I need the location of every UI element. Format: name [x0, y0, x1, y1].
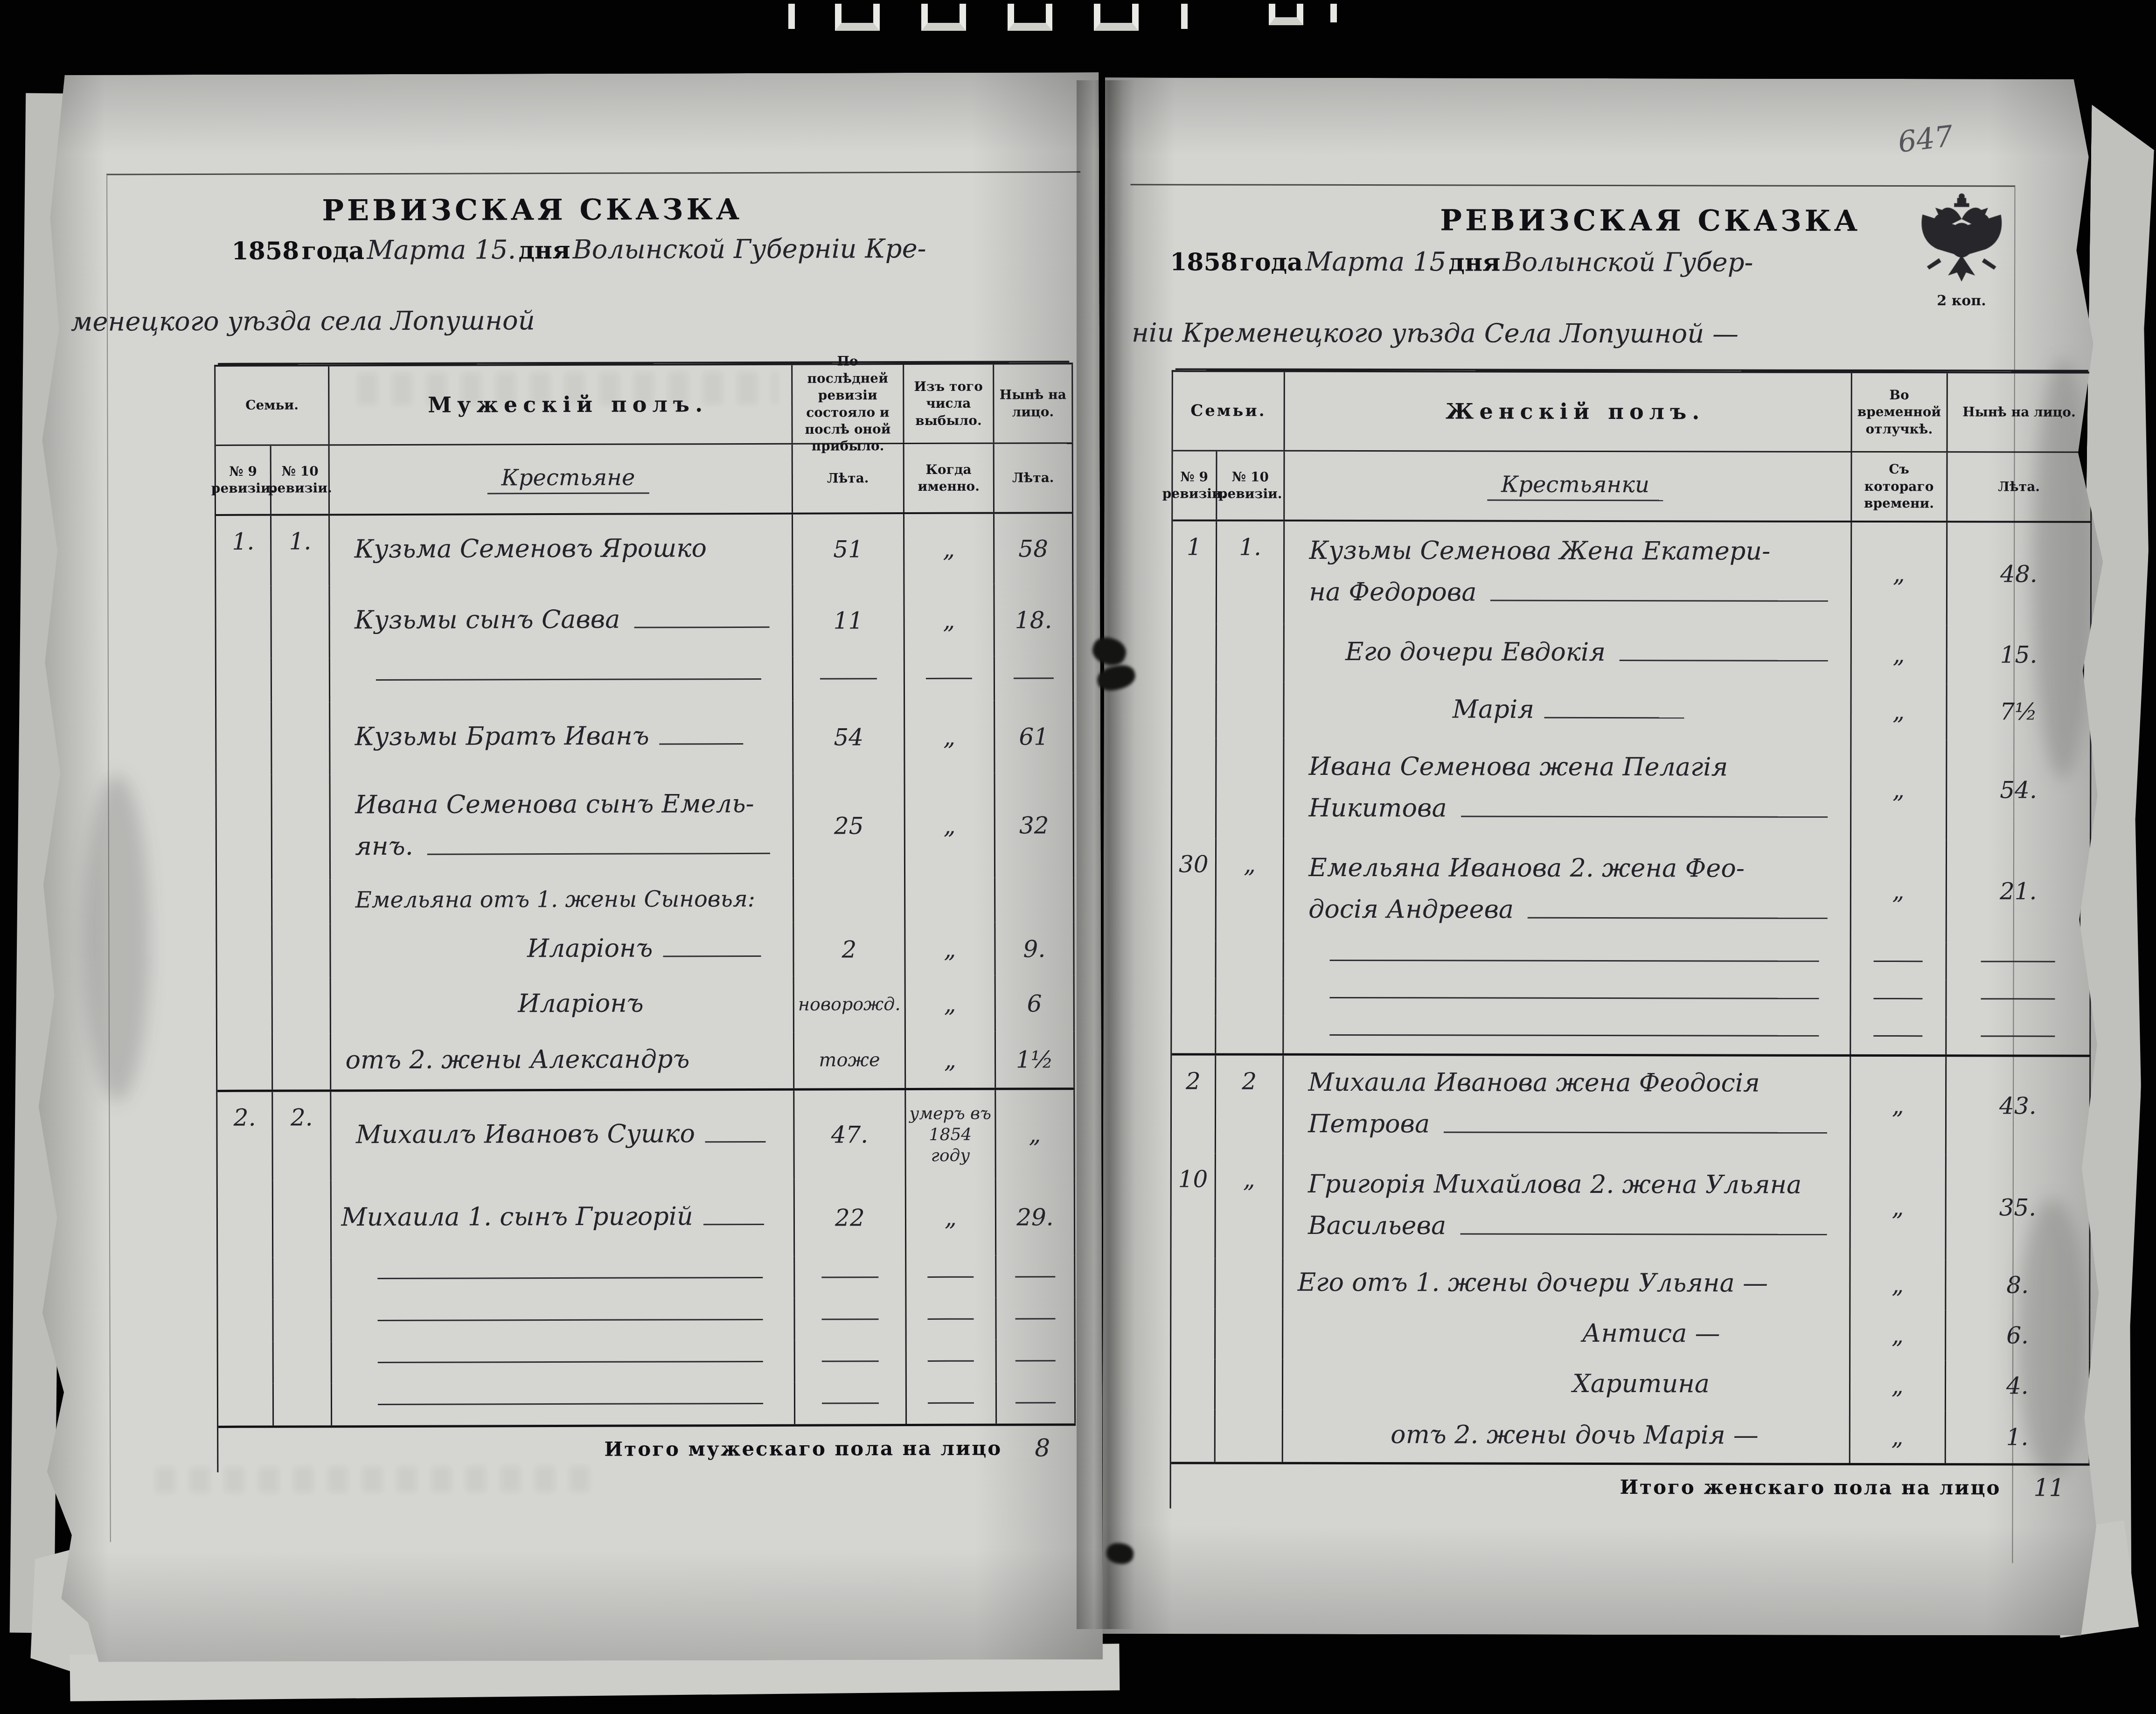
age-value: 32 [1019, 812, 1049, 839]
cell-when-departed [907, 1382, 997, 1424]
age-value: 22 [835, 1204, 865, 1231]
dash-mark [1874, 961, 1923, 962]
cell-absence [1851, 1017, 1947, 1054]
page-title: РЕВИЗСКАЯ СКАЗКА [66, 192, 999, 228]
table-row: Ивана Семенова сынъ Емель- янъ. 25 „ 32 [216, 773, 1074, 880]
cell-absence: „ [1852, 523, 1947, 625]
cell-rev10: „ [1216, 1154, 1284, 1259]
cell-rev10 [272, 585, 330, 658]
person-name: отъ 2. жены Александръ [345, 1044, 689, 1078]
cell-rev9 [1171, 1409, 1216, 1462]
year-printed: 1858 [231, 237, 299, 265]
person-name: Григорія Михайлова 2. жена Ульяна [1308, 1169, 1840, 1199]
age-value: 6. [2006, 1322, 2029, 1349]
cell-years-prev [795, 1298, 906, 1340]
subheader-row: № 9 ревизіи. № 10 ревизіи. Крестьянки Съ… [1173, 451, 2092, 523]
place-line: ніи Кременецкого уѣзда Села Лопушной — [1132, 318, 1739, 349]
fill-line [1544, 717, 1684, 718]
header-female-sex: Женскій полъ. [1285, 372, 1852, 451]
subheader-years: Лѣта. [793, 444, 904, 513]
person-name: Харитина [1572, 1368, 1710, 1402]
ditto-mark: „ [1892, 1271, 1904, 1298]
rev9-number: 2 [1186, 1067, 1201, 1094]
cell-years-now [996, 1297, 1075, 1339]
handwritten-date: Марта 15. [367, 235, 516, 265]
person-name: Кузьма Семеновъ Ярошко [355, 533, 707, 567]
cell-name [330, 657, 793, 703]
fill-line [1490, 600, 1828, 602]
cell-absence: „ [1850, 1310, 1946, 1360]
table-row: Его отъ 1. жены дочери Ульяна — „ 8. [1171, 1258, 2090, 1310]
person-name: Иларіонъ [518, 988, 644, 1022]
subheader-rev9: № 9 ревизіи. [216, 446, 272, 514]
handwritten-date: Марта 15 [1305, 247, 1446, 278]
cell-rev9 [216, 775, 272, 880]
blank-line [378, 1318, 763, 1321]
film-perforation [1330, 4, 1337, 22]
person-name: Михаилъ Ивановъ Сушко [356, 1119, 695, 1153]
dash-mark [821, 1276, 879, 1278]
cell-years-prev: 54 [793, 701, 905, 773]
section-label: Крестьяне [330, 445, 793, 514]
table-row: Иларіонъ 2 „ 9. [217, 922, 1074, 978]
cell-rev10 [273, 924, 331, 977]
header-male-sex: Мужескій полъ. [330, 365, 793, 445]
cell-when-departed: „ [905, 922, 995, 976]
cell-absence: „ [1851, 840, 1947, 942]
cell-name: Его отъ 1. жены дочери Ульяна — [1284, 1259, 1851, 1310]
cell-name: Григорія Михайлова 2. жена Ульяна Василь… [1284, 1154, 1851, 1260]
peasant-women-label: Крестьянки [1487, 471, 1663, 501]
ditto-mark: „ [944, 1046, 956, 1073]
age-value: 15. [2000, 641, 2038, 668]
cell-years-now: 61 [995, 700, 1074, 773]
cell-name: Кузьмы Братъ Иванъ [331, 701, 794, 775]
header-now-present: Нынѣ на лицо. [1947, 373, 2092, 452]
person-name: Марія [1453, 694, 1534, 727]
cell-name [332, 1256, 795, 1300]
subheader-since-when: Съ котораго времени. [1852, 453, 1947, 521]
person-name: Его отъ 1. жены дочери Ульяна — [1298, 1267, 1768, 1301]
cell-rev10 [1217, 624, 1285, 683]
person-name: Михаила Иванова жена Феодосія [1308, 1067, 1840, 1098]
ditto-mark: „ [944, 935, 956, 962]
day-word: дня [518, 236, 570, 265]
cell-years-now: „ [996, 1090, 1075, 1178]
blank-line [1330, 959, 1819, 962]
rev9-number: 10 [1178, 1165, 1208, 1192]
cell-absence [1851, 980, 1947, 1017]
place-line: менецкого уѣзда села Лопушной [71, 306, 535, 337]
cell-years-now: 7½ [1947, 683, 2091, 740]
cell-rev10 [1216, 1016, 1284, 1053]
cell-years-now: 48. [1947, 523, 2092, 626]
cell-years-now [1947, 942, 2091, 980]
age-value: 54 [834, 724, 863, 751]
cell-name: Михаила Иванова жена Феодосія Петрова [1284, 1056, 1851, 1155]
microfilm-scan: РЕВИЗСКАЯ СКАЗКА 1858 года Марта 15. дня… [0, 0, 2156, 1714]
cell-rev10 [272, 658, 330, 702]
cell-name [1284, 941, 1851, 980]
blank-row [1172, 1016, 2091, 1054]
fill-line [1620, 660, 1828, 662]
cell-years-prev [795, 1256, 906, 1298]
table-row: 10 „ Григорія Михайлова 2. жена Ульяна В… [1171, 1153, 2090, 1260]
age-value: 9. [1023, 935, 1045, 962]
cell-name: Кузьма Семеновъ Ярошко [330, 515, 793, 586]
sons-subheading: Емельяна отъ 1. жены Сыновья: [355, 885, 755, 916]
cell-rev9: 30 [1172, 838, 1217, 941]
table-row: Харитина „ 4. [1171, 1359, 2090, 1411]
blank-row [218, 1339, 1076, 1384]
rev9-number: 1 [1187, 533, 1202, 560]
cell-years-now: 18. [995, 584, 1073, 656]
cell-name: Иларіонъ [331, 976, 794, 1034]
cell-absence [1851, 942, 1947, 980]
handwritten-place: ніи Кременецкого уѣзда Села Лопушной — [1132, 318, 1739, 349]
dash-mark [821, 1318, 879, 1320]
handwritten-place: менецкого уѣзда села Лопушной [71, 306, 535, 337]
age-value: 4. [2006, 1373, 2029, 1400]
cell-absence: „ [1851, 1057, 1947, 1155]
ditto-mark: „ [1893, 560, 1905, 587]
blank-line [378, 1402, 763, 1405]
dash-mark [1015, 1276, 1055, 1277]
cell-years-now: 8. [1946, 1260, 2090, 1310]
ditto-mark: „ [1892, 641, 1905, 668]
blank-row [216, 656, 1074, 703]
ditto-mark: „ [1892, 1092, 1904, 1119]
film-perforation [921, 4, 966, 31]
cell-absence: „ [1850, 1360, 1946, 1411]
handwritten-region: Волынской Губерніи Кре- [573, 234, 926, 265]
dash-mark [1874, 1035, 1923, 1037]
date-line: 1858 года Марта 15. дня Волынской Губерн… [231, 234, 926, 266]
fill-line [1461, 815, 1828, 817]
table-row: отъ 2. жены дочь Марія — „ 1. [1171, 1409, 2090, 1463]
table-row: Его дочери Евдокія „ 15. [1173, 624, 2092, 683]
cell-years-prev: 47. [794, 1090, 906, 1179]
table-row: Ивана Семенова жена Пелагія Никитова „ 5… [1172, 738, 2091, 840]
cell-rev9 [1172, 978, 1216, 1016]
person-name: отъ 2. жены дочь Марія — [1391, 1420, 1759, 1453]
age-value: 6 [1027, 990, 1042, 1017]
cell-rev10: 1. [271, 516, 330, 585]
cell-name: Иларіонъ [331, 923, 794, 978]
ditto-mark: „ [943, 723, 955, 750]
age-value: 51 [833, 536, 863, 563]
cell-rev9: 2 [1172, 1055, 1216, 1153]
cell-absence: „ [1851, 739, 1947, 840]
cell-rev9 [217, 924, 273, 978]
age-value: 21. [2000, 878, 2037, 905]
cell-years-prev [795, 1340, 907, 1382]
edge-smudge [83, 774, 150, 1101]
person-name-cont: на Федорова [1309, 577, 1476, 611]
cell-rev10 [273, 977, 331, 1033]
header-prev-revision: По послѣдней ревизіи состояло и послѣ он… [793, 365, 904, 443]
rev9-number: 1. [232, 528, 254, 555]
rev10-number: 2. [291, 1104, 313, 1131]
age-value: 11 [834, 607, 863, 634]
person-name: Ивана Семенова сынъ Емель- [355, 788, 783, 819]
cell-rev9 [1173, 624, 1217, 682]
cell-years-prev: 22 [795, 1179, 906, 1256]
cell-years-now: 4. [1946, 1360, 2090, 1411]
cell-rev10 [1216, 979, 1284, 1016]
cell-rev9: 1 [1173, 521, 1217, 624]
cell-rev10: „ [1216, 839, 1284, 941]
male-table: Семьи. Мужескій полъ. По послѣдней ревиз… [214, 362, 1076, 1472]
cell-when-departed [905, 656, 995, 701]
film-perforation [835, 4, 880, 31]
cell-rev9 [218, 1258, 274, 1300]
cell-rev10 [1216, 1309, 1284, 1359]
fill-line [660, 743, 744, 745]
dash-mark [928, 1402, 974, 1403]
subheader-years: Лѣта. [995, 444, 1073, 512]
cell-absence: „ [1850, 1260, 1946, 1310]
table-row: 1. 1. Кузьма Семеновъ Ярошко 51 „ 58 [216, 514, 1073, 586]
dash-mark [926, 678, 972, 679]
total-row: Итого мужескаго пола на лицо 8 [218, 1423, 1076, 1472]
cell-rev10 [1217, 683, 1285, 739]
ditto-mark: „ [944, 812, 956, 839]
dash-mark [1015, 1360, 1056, 1361]
fill-line [705, 1141, 766, 1142]
cell-rev9 [218, 1384, 274, 1426]
cell-rev9 [218, 1342, 274, 1384]
blank-row [1172, 941, 2091, 980]
dash-mark [1015, 1318, 1055, 1319]
age-value: 7½ [2000, 698, 2037, 725]
fill-line [1460, 1233, 1827, 1235]
age-value: 48. [2000, 560, 2038, 587]
table-row: Емельяна отъ 1. жены Сыновья: [217, 878, 1074, 924]
cell-name [1284, 979, 1851, 1017]
cell-rev10: 2. [273, 1092, 332, 1180]
blank-row [218, 1255, 1075, 1300]
cell-rev10 [1216, 1259, 1284, 1309]
cell-when-departed [906, 1256, 996, 1298]
dash-mark [928, 1360, 974, 1361]
table-row: Иларіонъ новорожд. „ 6 [217, 975, 1075, 1034]
cell-rev10 [1215, 1410, 1283, 1462]
ditto-mark: „ [1892, 1322, 1904, 1349]
age-value: 1. [2006, 1424, 2029, 1451]
cell-name: Михаила 1. сынъ Григорій [332, 1179, 795, 1258]
cell-years-now: 32 [995, 773, 1074, 878]
total-label: Итого мужескаго пола на лицо [604, 1437, 1002, 1461]
ditto-mark: „ [1892, 776, 1905, 803]
subheader-rev10: № 10 ревизіи. [271, 446, 330, 514]
cell-name: Харитина [1283, 1359, 1850, 1411]
newborn-note: новорожд. [798, 994, 901, 1015]
day-word: дня [1448, 248, 1500, 277]
fill-line [1444, 1131, 1827, 1133]
header-families: Семьи. [216, 366, 330, 445]
blank-line [1330, 996, 1819, 999]
page-title: РЕВИЗСКАЯ СКАЗКА [1184, 202, 2117, 238]
cell-name [332, 1340, 795, 1384]
cell-years-now: 6. [1946, 1310, 2090, 1361]
cell-rev9 [217, 1034, 273, 1090]
cell-years-prev [794, 878, 905, 923]
cell-years-now [995, 878, 1074, 922]
cell-name: Марія [1285, 683, 1852, 739]
dash-mark [1015, 1402, 1056, 1403]
cell-when-departed: „ [904, 584, 995, 657]
ditto-mark: „ [1029, 1121, 1041, 1148]
blank-row [218, 1381, 1076, 1426]
cell-name: Емельяна отъ 1. жены Сыновья: [331, 878, 794, 924]
person-name: Антиса — [1582, 1318, 1720, 1352]
age-value: 61 [1019, 723, 1049, 750]
cell-when-departed: „ [904, 514, 995, 585]
cell-name: Кузьмы сынъ Савва [330, 585, 793, 658]
cell-years-now: 1½ [996, 1031, 1075, 1087]
left-page: РЕВИЗСКАЯ СКАЗКА 1858 года Марта 15. дня… [31, 72, 1103, 1662]
cell-years-now [996, 1255, 1075, 1297]
fill-line [634, 627, 769, 628]
age-value: 29. [1016, 1204, 1054, 1231]
cell-rev9 [1172, 1016, 1216, 1053]
film-perforation [1008, 4, 1052, 31]
cell-years-now: 21. [1947, 840, 2091, 943]
dash-mark [1981, 1035, 2055, 1037]
person-name: Кузьмы Семенова Жена Екатери- [1309, 536, 1841, 566]
age-value: 8. [2006, 1272, 2029, 1299]
cell-rev9 [1172, 682, 1217, 738]
cell-rev10 [273, 1180, 332, 1257]
cell-absence: „ [1851, 683, 1947, 739]
cell-years-prev [793, 656, 905, 701]
person-name: Ивана Семенова жена Пелагія [1309, 751, 1841, 781]
cell-rev9 [216, 703, 272, 775]
cell-rev9 [218, 1300, 274, 1342]
year-printed: 1858 [1170, 248, 1238, 276]
ditto-mark: „ [1892, 1194, 1904, 1221]
cell-years-prev: 25 [793, 773, 905, 878]
cell-rev10 [273, 1033, 331, 1089]
death-note: умеръ въ 1854 году [908, 1103, 993, 1166]
cell-absence: „ [1850, 1411, 1946, 1463]
cell-when-departed: умеръ въ 1854 году [906, 1090, 996, 1179]
cell-name: отъ 2. жены дочь Марія — [1283, 1410, 1850, 1463]
blank-line [378, 1276, 763, 1279]
cell-name: Ивана Семенова сынъ Емель- янъ. [331, 773, 794, 880]
cell-rev9 [1172, 738, 1217, 838]
cell-name [332, 1298, 795, 1342]
ditto-mark: „ [943, 606, 955, 634]
person-name-cont: досія Андреева [1308, 894, 1514, 928]
cell-rev10: 1. [1217, 522, 1285, 624]
table-row: 30 „ Емельяна Иванова 2. жена Фео- досія… [1172, 838, 2091, 942]
cell-years-now: 58 [995, 514, 1073, 584]
subheader-when: Когда именно. [904, 444, 995, 513]
ditto-mark: „ [1892, 1423, 1904, 1450]
stamp-denomination: 2 коп. [1937, 293, 1986, 309]
age-value: 25 [834, 812, 864, 839]
cell-name: отъ 2. жены Александръ [331, 1032, 794, 1090]
subheader-years: Лѣта. [1947, 453, 2092, 521]
person-name-cont: Петрова [1308, 1109, 1430, 1142]
film-perforation [788, 4, 795, 29]
ditto-mark: „ [943, 536, 955, 563]
blank-line [376, 678, 761, 681]
cell-years-prev [795, 1382, 907, 1424]
cell-rev10 [274, 1341, 332, 1383]
dash-mark [928, 1276, 974, 1277]
cell-rev10 [272, 774, 331, 879]
cell-years-now [1947, 980, 2091, 1017]
cell-rev10 [1215, 1359, 1283, 1410]
cell-years-prev: новорожд. [794, 976, 906, 1032]
total-value: 8 [1035, 1434, 1050, 1462]
age-value: 47. [831, 1121, 869, 1148]
cell-when-departed [907, 1340, 997, 1382]
table-row: Антиса — „ 6. [1171, 1309, 2090, 1360]
header-row: Семьи. Женскій полъ. Во временной отлучк… [1173, 372, 2092, 453]
film-perforation [1269, 4, 1303, 25]
year-word: года [1240, 248, 1303, 277]
cell-name: Антиса — [1283, 1309, 1850, 1360]
right-page: 647 2 коп. РЕВИЗСКАЯ СКАЗ [1102, 77, 2109, 1636]
person-name: Михаила 1. сынъ Григорій [341, 1201, 693, 1235]
ditto-mark: „ [1892, 1372, 1904, 1399]
ditto-mark: „ [1892, 698, 1905, 725]
cell-rev9 [1172, 941, 1217, 978]
cell-rev10: 2 [1216, 1056, 1284, 1154]
person-name: Иларіонъ [527, 934, 653, 967]
ditto-mark: „ [945, 1204, 957, 1231]
blank-line [378, 1360, 763, 1363]
age-value: 58 [1018, 535, 1048, 562]
rev10-number: 1. [1239, 534, 1261, 561]
person-name: Кузьмы сынъ Савва [355, 605, 620, 638]
peasants-label: Крестьяне [487, 464, 649, 494]
film-perforation [1181, 4, 1188, 29]
total-label: Итого женскаго пола на лицо [1620, 1476, 2001, 1499]
age-value: 18. [1015, 606, 1052, 634]
fill-line [1528, 917, 1828, 919]
film-perforation [1094, 4, 1139, 31]
header-absence: Во временной отлучкѣ. [1852, 373, 1947, 451]
cell-name [1284, 1016, 1851, 1054]
cell-years-prev: 11 [793, 584, 904, 657]
cell-name: Ивана Семенова жена Пелагія Никитова [1284, 739, 1851, 840]
cell-when-departed: „ [906, 1179, 996, 1256]
table-row: Кузьмы Братъ Иванъ 54 „ 61 [216, 700, 1074, 775]
fill-line [663, 955, 761, 957]
cell-when-departed: „ [905, 773, 995, 878]
cell-when-departed: „ [906, 1032, 996, 1088]
cell-years-prev: тоже [794, 1032, 906, 1088]
cell-name: Его дочери Евдокія [1285, 624, 1852, 683]
cell-rev10 [272, 702, 331, 774]
cell-rev9 [1171, 1309, 1216, 1359]
cell-rev9: 10 [1171, 1153, 1216, 1258]
age-value: 2 [842, 936, 856, 963]
cell-name: Михаилъ Ивановъ Сушко [332, 1091, 795, 1181]
cell-rev10 [1216, 941, 1284, 979]
age-value: 43. [1999, 1092, 2037, 1119]
female-table: Семьи. Женскій полъ. Во временной отлучк… [1170, 370, 2092, 1510]
cell-name: Кузьмы Семенова Жена Екатери- на Федоров… [1285, 522, 1852, 625]
cell-years-now [997, 1339, 1076, 1381]
date-line: 1858 года Марта 15 дня Волынской Губер- [1170, 246, 1753, 278]
person-name: Емельяна Иванова 2. жена Фео- [1308, 853, 1841, 883]
